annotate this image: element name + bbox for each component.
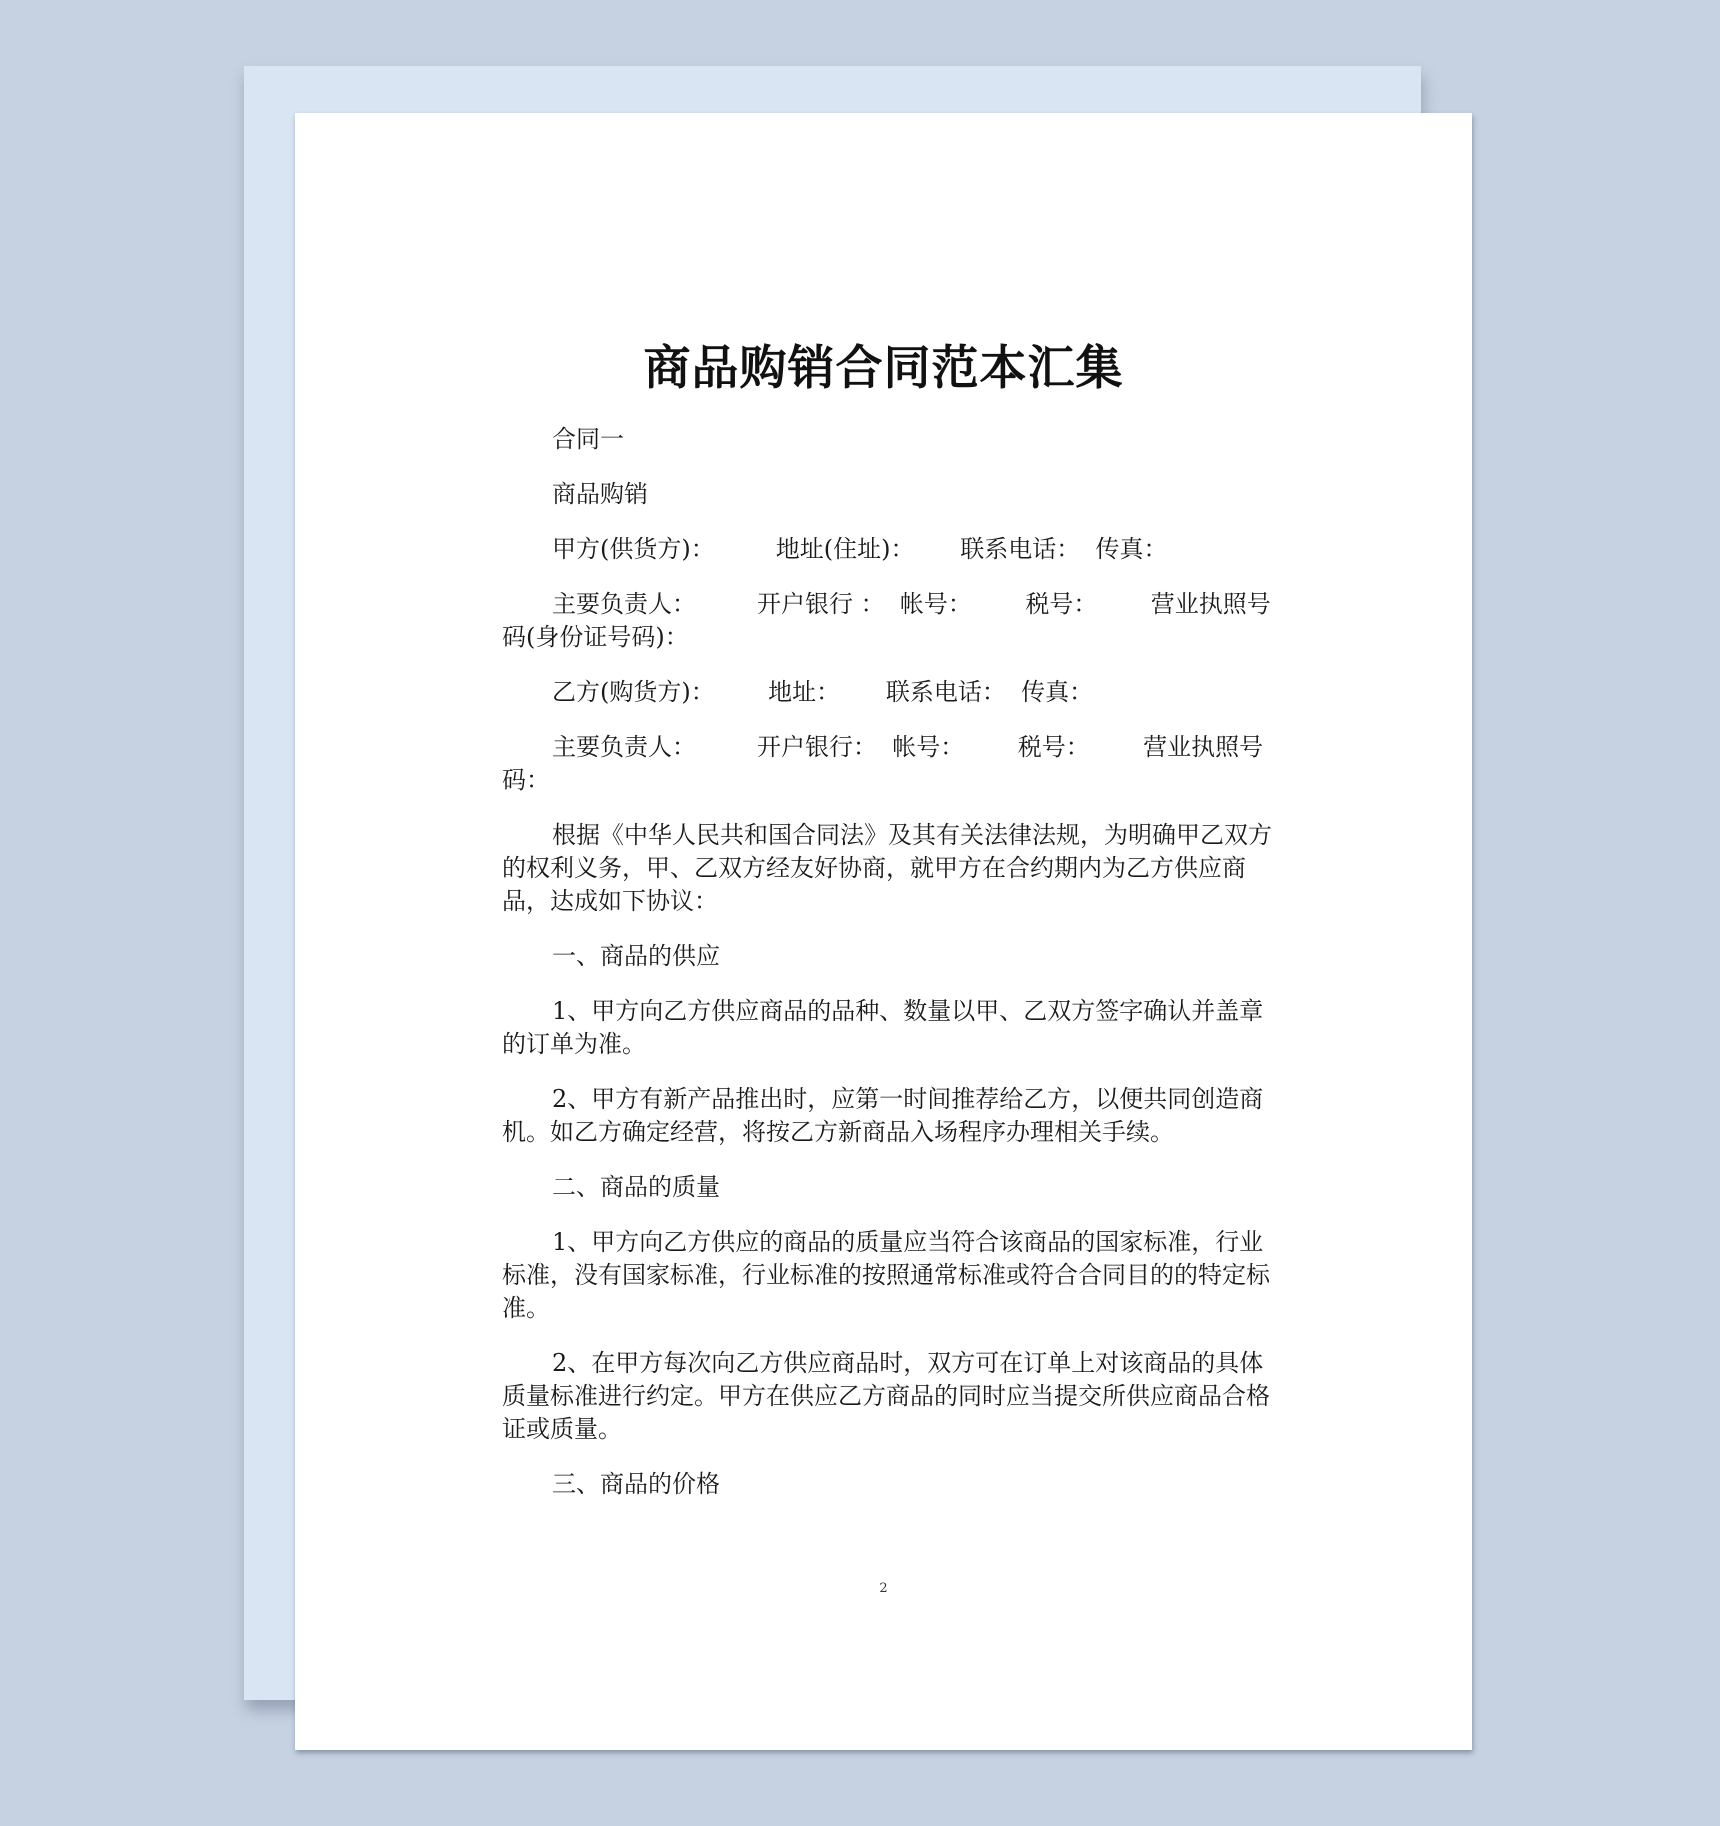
preamble-paragraph: 根据《中华人民共和国合同法》及其有关法律法规，为明确甲乙双方的权利义务，甲、乙双… <box>502 819 1272 918</box>
section-heading-supply: 一、商品的供应 <box>502 940 1272 973</box>
party-b-details: 主要负责人： 开户银行： 帐号： 税号： 营业执照号码： <box>502 731 1272 797</box>
page-number: 2 <box>295 1581 1472 1596</box>
document-title: 商品购销合同范本汇集 <box>295 331 1472 398</box>
contract-subject: 商品购销 <box>502 478 1272 511</box>
quality-clause-1: 1、甲方向乙方供应的商品的质量应当符合该商品的国家标准，行业标准，没有国家标准，… <box>502 1226 1272 1325</box>
section-label-contract-one: 合同一 <box>502 423 1272 456</box>
section-heading-quality: 二、商品的质量 <box>502 1171 1272 1204</box>
party-b-info: 乙方(购货方)： 地址： 联系电话： 传真： <box>502 676 1272 709</box>
section-heading-price: 三、商品的价格 <box>502 1468 1272 1501</box>
supply-clause-1: 1、甲方向乙方供应商品的品种、数量以甲、乙双方签字确认并盖章的订单为准。 <box>502 995 1272 1061</box>
quality-clause-2: 2、在甲方每次向乙方供应商品时，双方可在订单上对该商品的具体质量标准进行约定。甲… <box>502 1347 1272 1446</box>
supply-clause-2: 2、甲方有新产品推出时，应第一时间推荐给乙方，以便共同创造商机。如乙方确定经营，… <box>502 1083 1272 1149</box>
document-body: 合同一 商品购销 甲方(供货方)： 地址(住址)： 联系电话： 传真： 主要负责… <box>502 423 1272 1523</box>
party-a-info: 甲方(供货方)： 地址(住址)： 联系电话： 传真： <box>502 533 1272 566</box>
party-a-details: 主要负责人： 开户银行 ： 帐号： 税号： 营业执照号码(身份证号码)： <box>502 588 1272 654</box>
document-page: 商品购销合同范本汇集 合同一 商品购销 甲方(供货方)： 地址(住址)： 联系电… <box>295 113 1472 1750</box>
